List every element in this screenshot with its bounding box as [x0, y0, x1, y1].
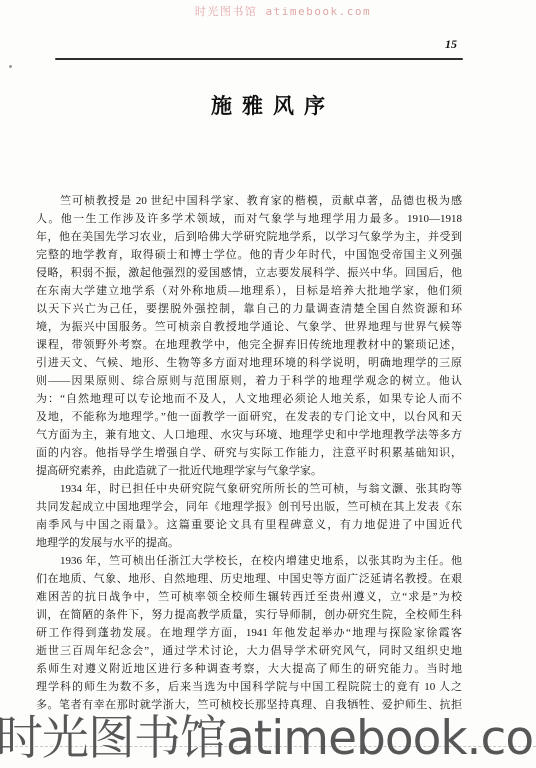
- text-line: 气方面为主，兼有地文、人口地理、水灾与环境、地理学史和中学地理教学法等多方: [36, 426, 462, 444]
- text-line: 面的内容。他指导学生增强自学、研究与实际工作能力，注意平时积累基础知识，: [36, 444, 462, 462]
- text-line: 年，他在美国先学习农业，后到哈佛大学研究院地学系，以学习气象学为主，并受到: [36, 228, 462, 246]
- text-line: 逝世三百周年纪念会”，通过学术讨论，大力倡导学术研究风气，同时又组织史地: [36, 642, 462, 660]
- watermark-bottom: 时光图书馆atimebook.com: [0, 714, 536, 764]
- paragraph: 1936 年，竺可桢出任浙江大学校长，在校内增建史地系，以张其昀为主任。他们在地…: [36, 552, 462, 714]
- text-line: 课程，带领野外考察。在地理教学中，他完全摒弃旧传统地理教材中的繁琐记述，: [36, 336, 462, 354]
- text-line: 为：“自然地理可以专论地而不及人，人文地理必须论人地关系，如果专论人而不: [36, 390, 462, 408]
- text-line: 以天下兴亡为己任，要摆脱外强控制，靠自己的力量调查清楚全国自然资源和环: [36, 300, 462, 318]
- text-line: 研工作得到蓬勃发展。在地理学方面，1941 年他发起举办“地理与探险家徐霞客: [36, 624, 462, 642]
- text-line: 难困苦的抗日战争中，竺可桢率领全校师生辗转西迁至贵州遵义，立“求是”为校: [36, 588, 462, 606]
- text-line: 及地，不能称为地理学。”他一面教学一面研究，在发表的专门论文中，以台风和天: [36, 408, 462, 426]
- text-line: 则——因果原则、综合原则与范围原则，着力于科学的地理学观念的树立。他认: [36, 372, 462, 390]
- text-line: 训，在简陋的条件下，努力提高教学质量，实行导师制，创办研究生院，全校师生科: [36, 606, 462, 624]
- page-number: 15: [445, 37, 457, 52]
- body-text: 竺可桢教授是 20 世纪中国科学家、教育家的楷模，贡献卓著，品德也极为感人。他一…: [36, 192, 462, 714]
- header-divider: [55, 58, 463, 60]
- text-line: 南季风与中国之雨量》。这篇重要论文具有里程碑意义，有力地促进了中国近代: [36, 516, 462, 534]
- text-line: 完整的地学教育，取得硕士和博士学位。他的青少年时代，中国饱受帝国主义列强: [36, 246, 462, 264]
- scan-noise-dot: [9, 65, 12, 68]
- text-line: 引进天文、气候、地形、生物等多方面对地理环境的科学说明，明确地理学的三原: [36, 354, 462, 372]
- text-line: 们在地质、气象、地形、自然地理、历史地理、中国史等方面广泛延请名教授。在艰: [36, 570, 462, 588]
- text-line: 1934 年，时已担任中央研究院气象研究所所长的竺可桢，与翁文灏、张其昀等: [36, 480, 462, 498]
- text-line: 提高研究素养，由此造就了一批近代地理学家与气象学家。: [36, 462, 462, 480]
- text-line: 共同发起成立中国地理学会，同年《地理学报》创刊号出版，竺可桢在其上发表《东: [36, 498, 462, 516]
- scanned-book-page: 时光图书馆 atimebook.com 15 施雅风序 竺可桢教授是 20 世纪…: [0, 0, 536, 768]
- text-line: 人。他一生工作涉及许多学术领域，而对气象学与地理学用力最多。1910—1918: [36, 210, 462, 228]
- text-line: 竺可桢教授是 20 世纪中国科学家、教育家的楷模，贡献卓著，品德也极为感: [36, 192, 462, 210]
- text-line: 系师生对遵义附近地区进行多种调查考察，大大提高了师生的研究能力。当时地: [36, 660, 462, 678]
- paragraph: 1934 年，时已担任中央研究院气象研究所所长的竺可桢，与翁文灏、张其昀等共同发…: [36, 480, 462, 552]
- text-line: 理学科的师生为数不多，后来当选为中国科学院与中国工程院院士的竟有 10 人之: [36, 678, 462, 696]
- text-line: 境，为振兴中国服务。竺可桢亲自教授地学通论、气象学、世界地理与世界气候等: [36, 318, 462, 336]
- paragraph: 竺可桢教授是 20 世纪中国科学家、教育家的楷模，贡献卓著，品德也极为感人。他一…: [36, 192, 462, 480]
- text-line: 地理学的发展与水平的提高。: [36, 534, 462, 552]
- text-line: 1936 年，竺可桢出任浙江大学校长，在校内增建史地系，以张其昀为主任。他: [36, 552, 462, 570]
- watermark-top: 时光图书馆 atimebook.com: [0, 3, 536, 19]
- text-line: 在东南大学建立地学系（对外称地质—地理系），目标是培养大批地学家，他们须: [36, 282, 462, 300]
- text-line: 侵略，积弱不振，激起他强烈的爱国感情，立志要发展科学、振兴中华。回国后，他: [36, 264, 462, 282]
- page-title: 施雅风序: [0, 90, 536, 120]
